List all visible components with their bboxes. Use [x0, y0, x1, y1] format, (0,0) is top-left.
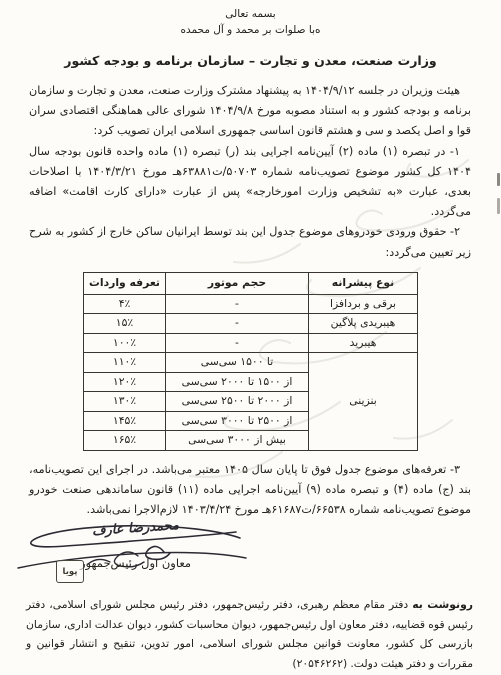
engine-volume-cell: -	[166, 294, 309, 314]
signatory-role: معاون اول رئیس‌جمهور	[80, 556, 191, 570]
gasoline-rowspan-cell: بنزینی	[309, 353, 418, 451]
import-tariff-cell: ۱۰۰٪	[84, 333, 166, 353]
clause-1-paragraph: ۱- در تبصره (۱) ماده (۲) آیین‌نامه اجرای…	[29, 142, 471, 223]
clause-3-container: ۳- تعرفه‌های موضوع جدول فوق تا پایان سال…	[29, 460, 471, 521]
import-tariff-cell: ۱۳۰٪	[84, 392, 166, 412]
salutation-line: ه‌با صلوات بر محمد و آل محمده	[0, 23, 501, 37]
signatory-name: محمدرضا عارف	[92, 518, 180, 539]
footer-cc-paragraph: رونوشت به دفتر مقام معظم رهبری، دفتر رئی…	[26, 595, 473, 673]
bismillah-line: بسمه تعالی	[0, 7, 501, 21]
propulsion-type-cell: برقی و بردافزا	[309, 294, 418, 314]
header-cell-engine-volume: حجم موتور	[166, 272, 309, 294]
import-tariff-cell: ۱۱۰٪	[84, 353, 166, 373]
engine-volume-cell: از ۱۵۰۰ تا ۲۰۰۰ سی‌سی	[166, 372, 309, 392]
intro-paragraph: هیئت وزیران در جلسه ۱۴۰۴/۹/۱۲ به پیشنهاد…	[29, 81, 471, 142]
scanned-decree-page: بسمه تعالی ه‌با صلوات بر محمد و آل محمده…	[0, 0, 501, 675]
document-body: هیئت وزیران در جلسه ۱۴۰۴/۹/۱۲ به پیشنهاد…	[29, 81, 471, 263]
import-tariff-cell: ۱۵٪	[84, 314, 166, 334]
engine-volume-cell: بیش از ۳۰۰۰ سی‌سی	[166, 431, 309, 451]
table-row: برقی و بردافزا - ۴٪	[84, 294, 418, 314]
import-tariff-cell: ۱۴۵٪	[84, 411, 166, 431]
table-row: هیبرید - ۱۰۰٪	[84, 333, 418, 353]
table-header-row: نوع پیشرانه حجم موتور تعرفه واردات	[84, 272, 418, 294]
propulsion-type-cell: هیبرید	[309, 333, 418, 353]
signature-block: محمدرضا عارف معاون اول رئیس‌جمهور پویا	[14, 516, 254, 600]
table-row: هیبریدی پلاگین - ۱۵٪	[84, 314, 418, 334]
header-cell-import-tariff: تعرفه واردات	[84, 272, 166, 294]
engine-volume-cell: -	[166, 333, 309, 353]
import-tariff-cell: ۱۲۰٪	[84, 372, 166, 392]
engine-volume-cell: از ۲۵۰۰ تا ۳۰۰۰ سی‌سی	[166, 411, 309, 431]
document-title: وزارت صنعت، معدن و تجارت – سازمان برنامه…	[0, 53, 501, 68]
table-row: بنزینی تا ۱۵۰۰ سی‌سی ۱۱۰٪	[84, 353, 418, 373]
footer-cc-lead: رونوشت به	[412, 598, 473, 611]
import-tariff-cell: ۴٪	[84, 294, 166, 314]
scan-edge-mark	[497, 198, 500, 214]
import-tariff-cell: ۱۶۵٪	[84, 431, 166, 451]
clause-2-paragraph: ۲- حقوق ورودی خودروهای موضوع جدول این بن…	[29, 222, 471, 262]
engine-volume-cell: از ۲۰۰۰ تا ۲۵۰۰ سی‌سی	[166, 392, 309, 412]
propulsion-type-cell: هیبریدی پلاگین	[309, 314, 418, 334]
footer-cc-text: دفتر مقام معظم رهبری، دفتر رئیس‌جمهور، د…	[26, 598, 473, 670]
engine-volume-cell: -	[166, 314, 309, 334]
document-header: بسمه تعالی ه‌با صلوات بر محمد و آل محمده	[0, 0, 501, 37]
tariff-table: نوع پیشرانه حجم موتور تعرفه واردات برقی …	[83, 272, 418, 451]
clause-3-paragraph: ۳- تعرفه‌های موضوع جدول فوق تا پایان سال…	[29, 460, 471, 521]
footer-cc: رونوشت به دفتر مقام معظم رهبری، دفتر رئی…	[26, 595, 473, 673]
pouya-stamp: پویا	[56, 560, 84, 583]
stamp-label: پویا	[63, 567, 78, 577]
header-cell-propulsion-type: نوع پیشرانه	[309, 272, 418, 294]
scan-edge-mark	[497, 173, 500, 186]
engine-volume-cell: تا ۱۵۰۰ سی‌سی	[166, 353, 309, 373]
